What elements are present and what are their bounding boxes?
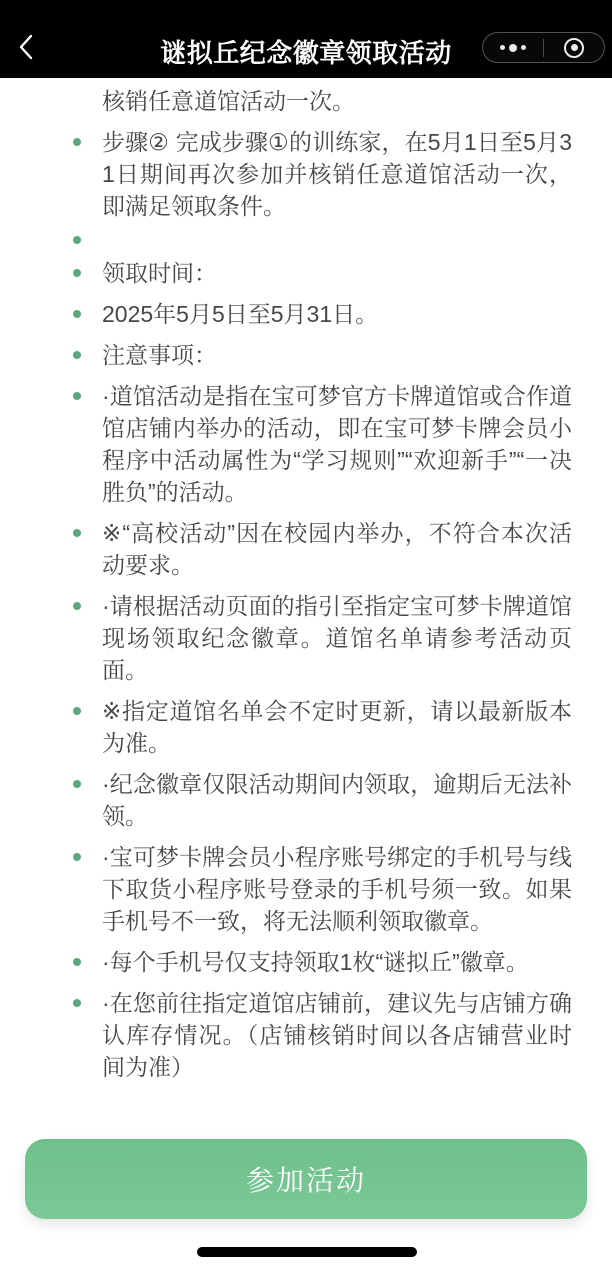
list-item: ·纪念徽章仅限活动期间内领取，逾期后无法补领。 (73, 768, 572, 832)
list-item-text: ·请根据活动页面的指引至指定宝可梦卡牌道馆现场领取纪念徽章。道馆名单请参考活动页… (102, 590, 572, 686)
list-item-text: 领取时间： (102, 257, 572, 289)
list-item: 2025年5月5日至5月31日。 (73, 298, 572, 330)
back-button[interactable] (14, 31, 38, 63)
bullet-dot-icon (73, 138, 81, 146)
bullet-dot-icon (73, 853, 81, 861)
list-item: 注意事项： (73, 339, 572, 371)
bullet-dot-icon (73, 602, 81, 610)
bullet-dot-icon (73, 236, 81, 244)
page-title: 谜拟丘纪念徽章领取活动 (60, 33, 552, 70)
list-item-text: 注意事项： (102, 339, 572, 371)
list-item-text: ※“高校活动”因在校园内举办，不符合本次活动要求。 (102, 517, 572, 581)
list-item: ※“高校活动”因在校园内举办，不符合本次活动要求。 (73, 517, 572, 581)
list-item-text: 2025年5月5日至5月31日。 (102, 298, 572, 330)
bullet-dot-icon (73, 999, 81, 1007)
bullet-dot-icon (73, 351, 81, 359)
list-item: ·在您前往指定道馆店铺前，建议先与店铺方确认库存情况。（店铺核销时间以各店铺营业… (73, 987, 572, 1083)
list-item: ·宝可梦卡牌会员小程序账号绑定的手机号与线下取货小程序账号登录的手机号须一致。如… (73, 841, 572, 937)
bullet-dot-icon (73, 958, 81, 966)
list-item: 核销任意道馆活动一次。 (73, 85, 572, 117)
list-item-text: 核销任意道馆活动一次。 (102, 85, 572, 117)
bullet-dot-icon (73, 707, 81, 715)
list-item-text: ·在您前往指定道馆店铺前，建议先与店铺方确认库存情况。（店铺核销时间以各店铺营业… (102, 987, 572, 1083)
list-item-text: ·宝可梦卡牌会员小程序账号绑定的手机号与线下取货小程序账号登录的手机号须一致。如… (102, 841, 572, 937)
bullet-dot-icon (73, 310, 81, 318)
navigation-bar: 谜拟丘纪念徽章领取活动 (0, 0, 612, 78)
list-item-text: ※指定道馆名单会不定时更新，请以最新版本为准。 (102, 695, 572, 759)
wechat-capsule (482, 32, 605, 63)
list-item: ·道馆活动是指在宝可梦官方卡牌道馆或合作道馆店铺内举办的活动，即在宝可梦卡牌会员… (73, 380, 572, 508)
list-item-text: ·纪念徽章仅限活动期间内领取，逾期后无法补领。 (102, 768, 572, 832)
list-item-text: 步骤② 完成步骤①的训练家，在5月1日至5月31日期间再次参加并核销任意道馆活动… (102, 126, 572, 222)
exit-button[interactable] (544, 33, 604, 62)
bullet-dot-icon (73, 529, 81, 537)
more-menu-button[interactable] (483, 33, 543, 62)
join-activity-button[interactable]: 参加活动 (25, 1139, 587, 1219)
activity-rules-list: 核销任意道馆活动一次。 步骤② 完成步骤①的训练家，在5月1日至5月31日期间再… (0, 78, 612, 1083)
list-item-text: ·道馆活动是指在宝可梦官方卡牌道馆或合作道馆店铺内举办的活动，即在宝可梦卡牌会员… (102, 380, 572, 508)
list-item: 领取时间： (73, 257, 572, 289)
ellipsis-icon (500, 44, 526, 52)
list-item: ※指定道馆名单会不定时更新，请以最新版本为准。 (73, 695, 572, 759)
list-item: ·每个手机号仅支持领取1枚“谜拟丘”徽章。 (73, 946, 572, 978)
list-item: 步骤② 完成步骤①的训练家，在5月1日至5月31日期间再次参加并核销任意道馆活动… (73, 126, 572, 222)
bullet-dot-icon (73, 780, 81, 788)
target-circle-icon (564, 38, 584, 58)
bullet-dot-icon (73, 269, 81, 277)
list-item (73, 231, 572, 248)
mini-program-screen: 谜拟丘纪念徽章领取活动 核销任意道馆活动一次。 步骤② 完成步骤①的训练家，在5… (0, 0, 612, 1267)
chevron-left-icon (15, 32, 37, 62)
home-indicator-bar (197, 1247, 417, 1257)
list-item-text: ·每个手机号仅支持领取1枚“谜拟丘”徽章。 (102, 946, 572, 978)
bullet-dot-icon (73, 392, 81, 400)
list-item: ·请根据活动页面的指引至指定宝可梦卡牌道馆现场领取纪念徽章。道馆名单请参考活动页… (73, 590, 572, 686)
